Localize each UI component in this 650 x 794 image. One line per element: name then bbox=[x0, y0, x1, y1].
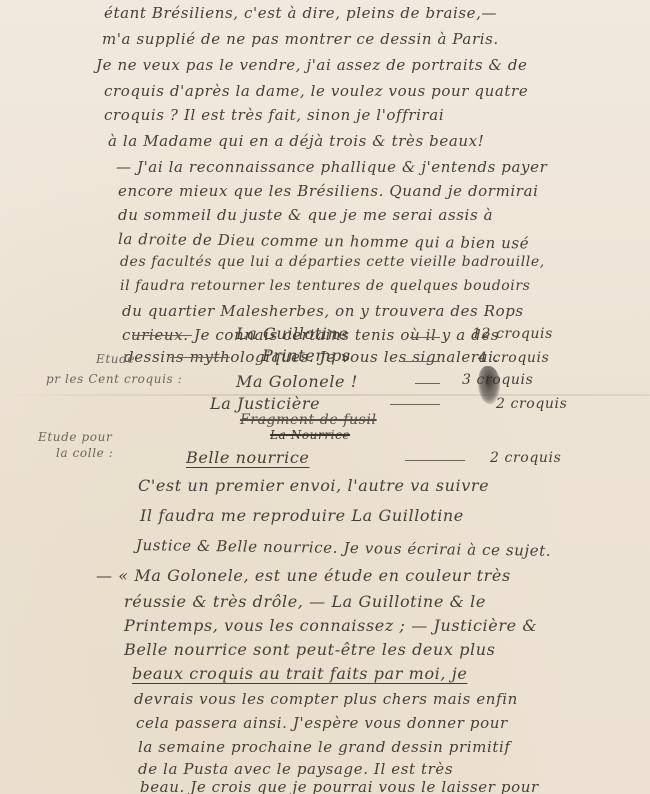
dash bbox=[410, 337, 440, 338]
text-line: beau. Je crois que je pourrai vous le la… bbox=[140, 778, 539, 794]
text-line: encore mieux que les Brésiliens. Quand j… bbox=[118, 182, 539, 200]
text-line: Je ne veux pas le vendre, j'ai assez de … bbox=[96, 56, 528, 74]
text-line: Belle nourrice sont peut-être les deux p… bbox=[124, 640, 496, 659]
letter-page: étant Brésiliens, c'est à dire, pleins d… bbox=[0, 0, 650, 794]
ink-blot bbox=[478, 366, 500, 404]
text-line: la droite de Dieu comme un homme qui a b… bbox=[118, 230, 529, 252]
dash bbox=[400, 361, 440, 362]
struck-work-title: Fragment de fusil bbox=[240, 412, 377, 428]
dash bbox=[405, 460, 465, 461]
text-line: Printemps, vous les connaissez ; — Justi… bbox=[124, 616, 537, 635]
struck-work-title: La Nourrice bbox=[270, 428, 350, 442]
work-title: Ma Golonele ! bbox=[236, 372, 358, 391]
margin-note: Etude pour bbox=[38, 430, 112, 444]
text-line: il faudra retourner les tentures de quel… bbox=[120, 278, 530, 294]
text-line: croquis ? Il est très fait, sinon je l'o… bbox=[104, 106, 444, 124]
margin-note: Etude bbox=[96, 352, 135, 366]
work-count: 2 croquis bbox=[490, 450, 561, 466]
text-line: — « Ma Golonele, est une étude en couleu… bbox=[96, 566, 511, 585]
work-title: Belle nourrice bbox=[186, 448, 310, 467]
text-line: de la Pusta avec le paysage. Il est très bbox=[138, 760, 453, 778]
work-title: La Justicière bbox=[210, 394, 320, 413]
work-title: Printemps bbox=[262, 346, 351, 365]
text-line: à la Madame qui en a déjà trois & très b… bbox=[108, 132, 484, 150]
text-line: réussie & très drôle, — La Guillotine & … bbox=[124, 592, 486, 611]
text-line: devrais vous les compter plus chers mais… bbox=[134, 690, 518, 708]
text-line: la semaine prochaine le grand dessin pri… bbox=[138, 738, 511, 756]
text-line: des facultés que lui a départies cette v… bbox=[120, 254, 545, 270]
text-line: beaux croquis au trait faits par moi, je bbox=[132, 664, 467, 683]
dash bbox=[390, 404, 440, 405]
work-count: 2 croquis bbox=[496, 396, 567, 412]
text-line: du quartier Malesherbes, on y trouvera d… bbox=[122, 302, 524, 320]
dash bbox=[170, 357, 230, 358]
dash bbox=[415, 383, 440, 384]
text-line: C'est un premier envoi, l'autre va suivr… bbox=[138, 476, 489, 495]
work-count: 12 croquis bbox=[472, 326, 553, 342]
dash bbox=[132, 335, 192, 336]
text-line: Il faudra me reproduire La Guillotine bbox=[140, 506, 464, 525]
text-line: — J'ai la reconnaissance phallique & j'e… bbox=[116, 158, 547, 176]
text-line: Justice & Belle nourrice. Je vous écrira… bbox=[136, 536, 551, 560]
text-line: croquis d'après la dame, le voulez vous … bbox=[104, 82, 528, 100]
work-count: 4 croquis bbox=[478, 350, 549, 366]
text-line: m'a supplié de ne pas montrer ce dessin … bbox=[102, 30, 499, 48]
text-line: du sommeil du juste & que je me serai as… bbox=[118, 206, 493, 224]
text-line: étant Brésiliens, c'est à dire, pleins d… bbox=[104, 4, 497, 22]
text-line: cela passera ainsi. J'espère vous donner… bbox=[136, 714, 508, 732]
margin-note: la colle : bbox=[56, 446, 113, 460]
work-title: La Guillotine bbox=[236, 324, 348, 343]
margin-note: pr les Cent croquis : bbox=[46, 372, 182, 386]
